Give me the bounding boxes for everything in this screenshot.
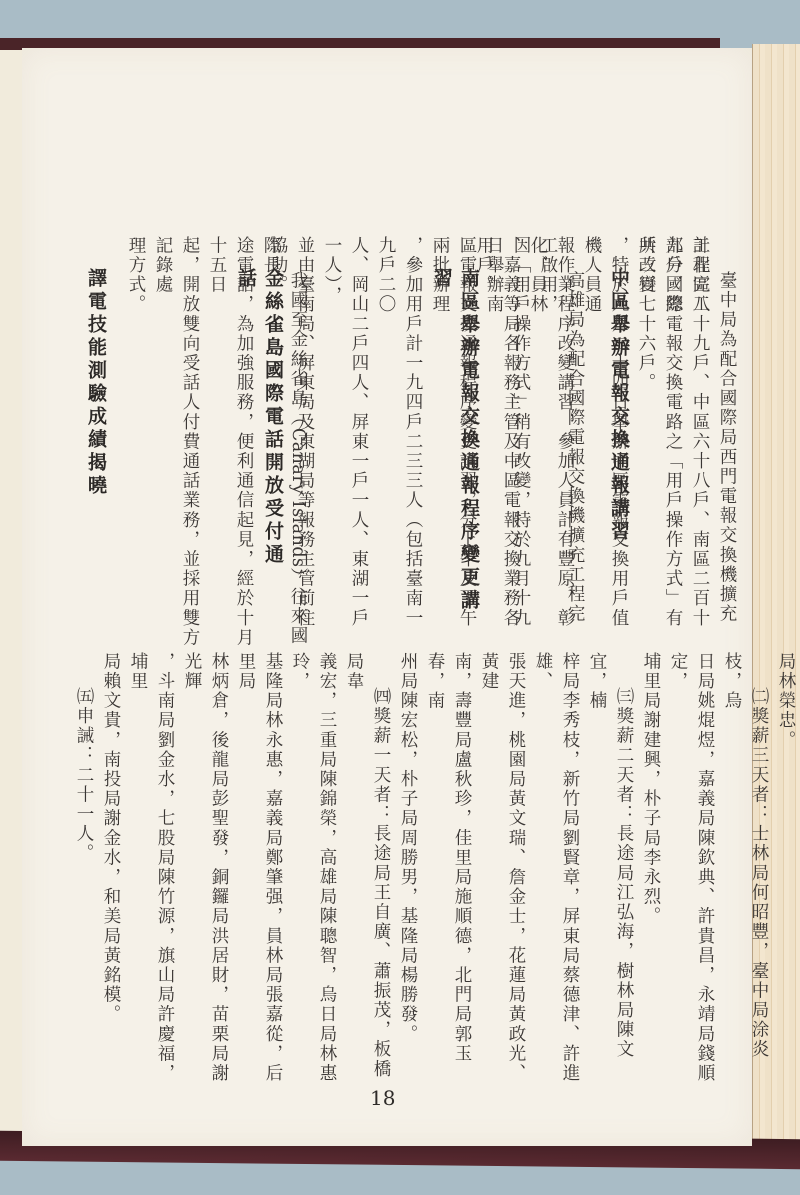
text-line: ，參加用戶計一九四戶二三三人（包括臺南一九戶二〇 [372,236,426,636]
text-line: 州局陳宏松，朴子局周勝男，基隆局楊勝發。 [394,652,421,1092]
text-line: 梓局李秀枝，新竹局劉賢章，屏東局蔡德津、許進雄、 [529,652,583,1092]
text-line: 途電話，為加強服務，便利通信起見，經於十月十五日 [203,236,257,656]
text-line: 南，壽豐局盧秋珍，佳里局施順德，北門局郭玉春，南 [421,652,475,1092]
text-line: ，斗南局劉金水，七股局陳竹源，旗山局許慶福，埔里 [124,652,178,1092]
text-line: 高雄局為配合國際電報交換機擴充工程完工啟用， [534,236,588,636]
text-line: 義宏，三重局陳錦榮，高雄局陳聰智，烏日局林惠玲， [286,652,340,1092]
text-line: 人、岡山二戶四人、屏東一戶一人、東湖一戶一人）， [318,236,372,636]
award-item-1-day: ㈣獎薪一天者：長途局王自廣、蕭振茂，板橋局韋 [340,652,394,1092]
text-line: 因「用戶操作方式」稍有改變，特於九月十九日舉辦南 [480,236,534,636]
text-line: 基隆局林永惠，嘉義局鄭肇强，員林局張嘉從，后里局 [232,652,286,1092]
text-line: 區電報交換通報程序變更講習，分上午及下午兩批辦理 [426,236,480,636]
facing-page-edge [0,50,24,1160]
text-line: 臺中局為配合國際局西門電報交換機擴充工程完工 [686,236,740,636]
heading-text: 譯電技能測驗成績揭曉 [82,268,109,528]
latin-place-name: Canary Islands [288,428,308,568]
text-line: 日局姚焜煜，嘉義局陳欽典、許貴昌，永靖局錢順定， [664,652,718,1092]
text-line: 起，開放雙向受話人付費通話業務，並採用雙方記錄處 [149,236,203,656]
text-line: 我國至金絲雀島（Canary Islands）往來國際長 [257,236,311,656]
lower-tier-test-results-body: 全區各局報務工作人員第十五期譯電技能練習，期 間屆滿，業由管理局通信處派員於七月… [70,652,800,1092]
award-item-2-days: ㈢獎薪二天者：長途局江弘海，樹林局陳文宜，楠 [583,652,637,1092]
page-number: 18 [370,1086,395,1110]
text-line: 張天進，桃園局黃文瑞、詹金士，花蓮局黃政光、黃建 [475,652,529,1092]
text-line: 部分國際電報交換電路之「用戶操作方式」有所改變 [632,236,686,636]
section-body-canary-islands-collect-call: 我國至金絲雀島（Canary Islands）往來國際長 途電話，為加強服務，便… [122,236,311,656]
text-line: 局林榮忠。 [772,652,799,1092]
text-line: 埔里局謝建興，朴子局李永烈。 [637,652,664,1092]
text-line: 局賴文貴，南投局謝金水，和美局黃銘模。 [97,652,124,1092]
text-line: 林炳倉，後龍局彭聖發，銅鑼局洪居財，苗栗局謝光輝 [178,652,232,1092]
reprimand-item: ㈤申誡：二十一人。 [70,652,97,1092]
award-item-3-days: ㈡獎薪三天者：士林局何昭豐，臺中局涂炎枝，烏 [718,652,772,1092]
text-fragment: 我國至金絲雀島（ [288,271,308,428]
text-line: 理方式。 [122,236,149,656]
section-body-southern-telex-procedure: 高雄局為配合國際電報交換機擴充工程完工啟用， 因「用戶操作方式」稍有改變，特於九… [264,236,588,636]
section-heading-translation-test-results: 譯電技能測驗成績揭曉 [82,268,109,528]
